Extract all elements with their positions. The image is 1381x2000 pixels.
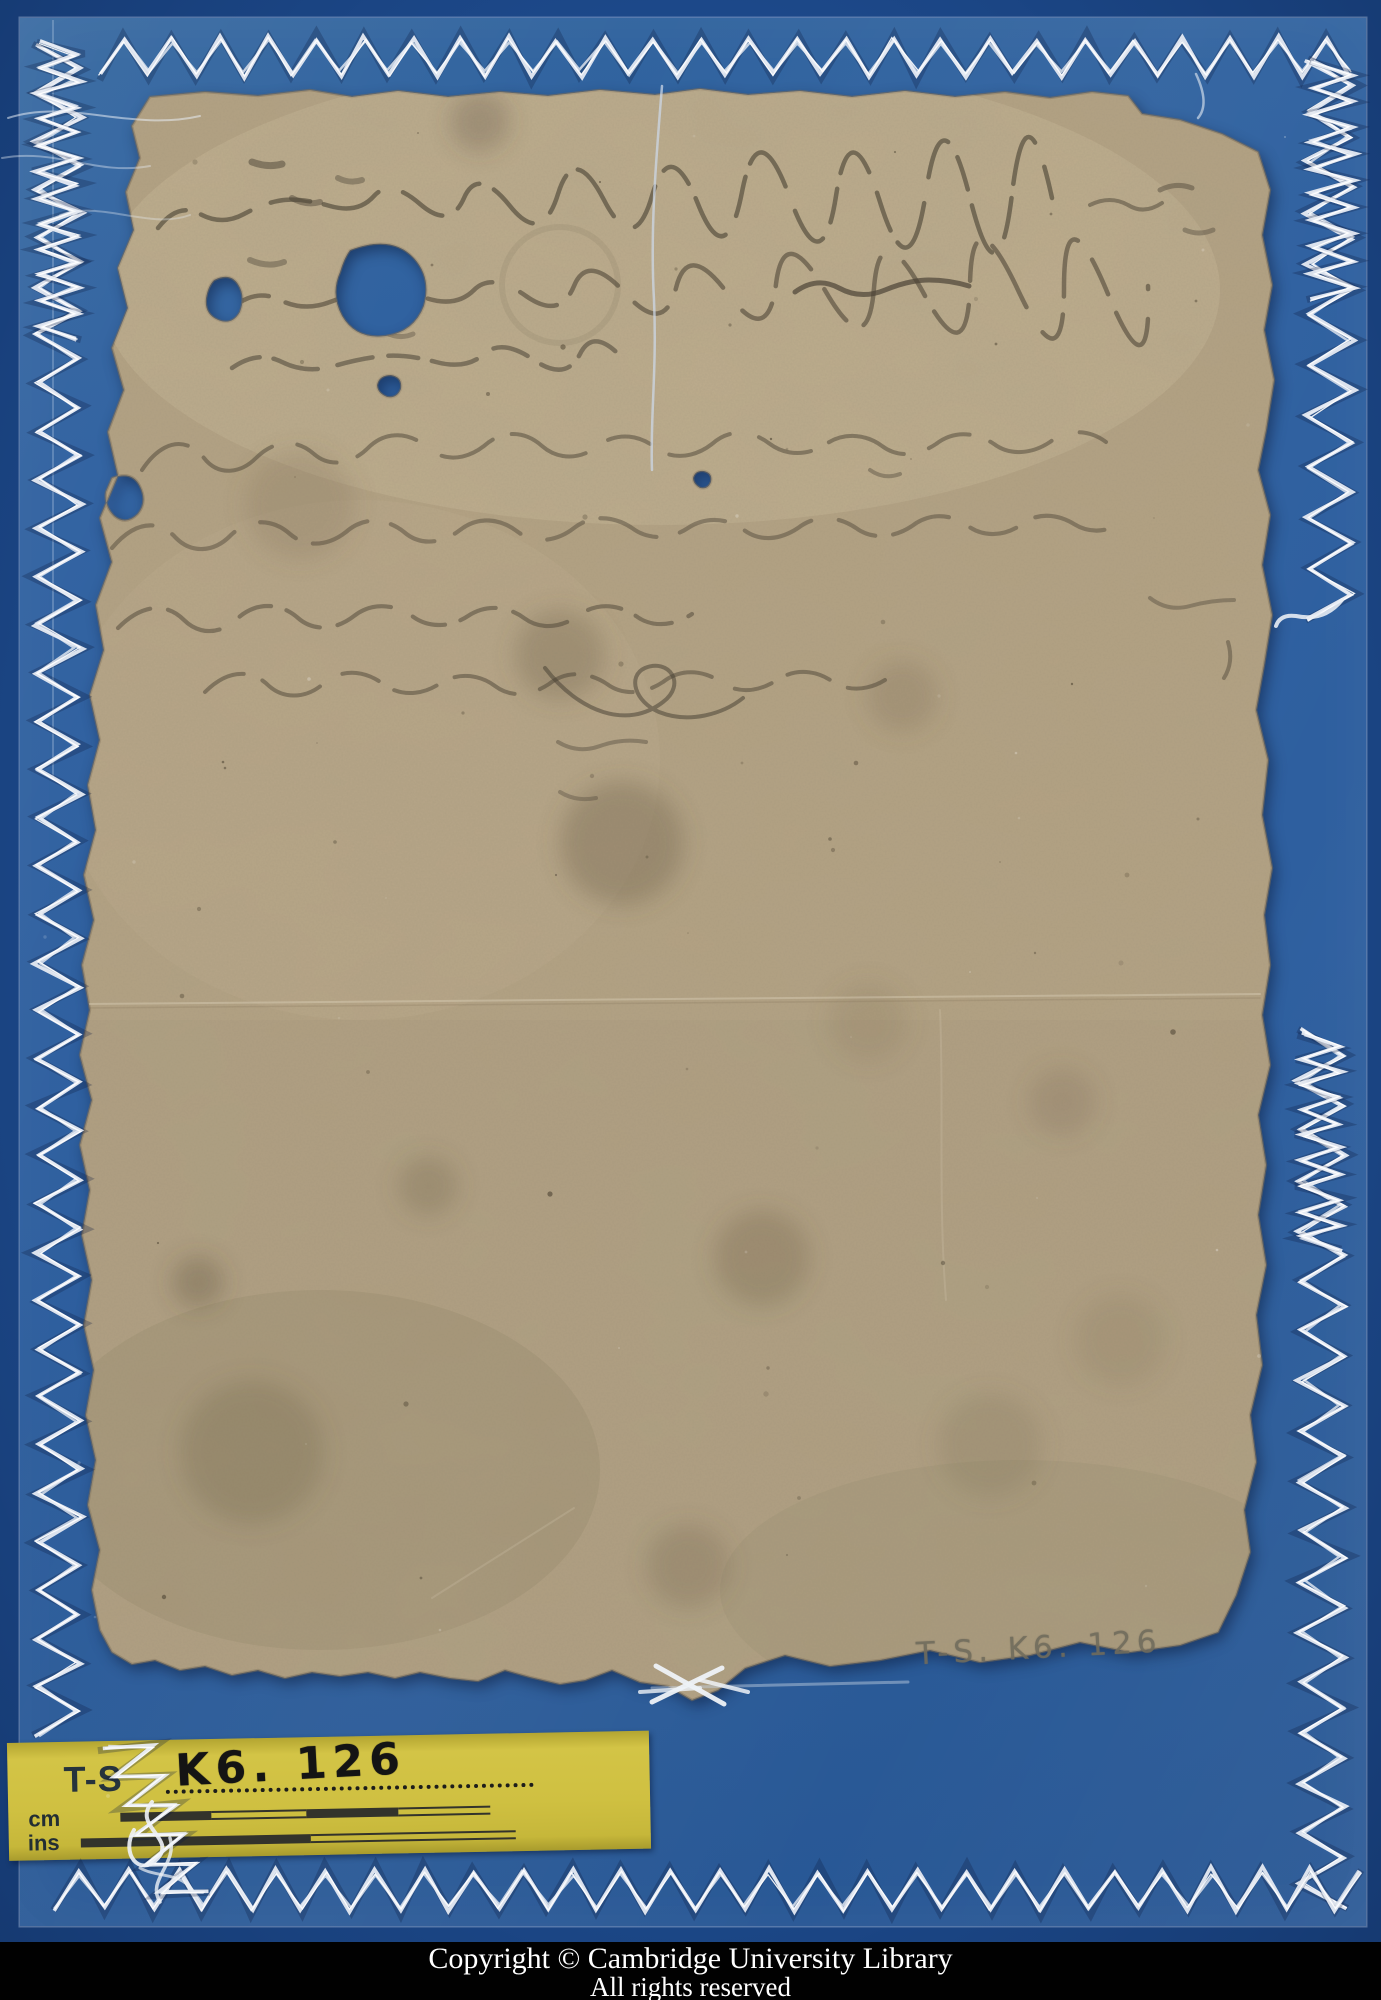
cm-scale-segment xyxy=(306,1807,398,1818)
cm-scale-segment xyxy=(120,1811,211,1822)
copyright-line: Copyright © Cambridge University Library xyxy=(0,1943,1381,1974)
rights-line: All rights reserved xyxy=(0,1974,1381,2000)
label-collection-prefix: T-S xyxy=(63,1758,123,1801)
sleeve-fold-line xyxy=(52,20,54,780)
inch-scale-segment xyxy=(311,1830,516,1843)
cm-scale-bar xyxy=(8,1803,650,1824)
copyright-bar: Copyright © Cambridge University Library… xyxy=(0,1942,1381,2000)
shelfmark-label: T-S K6. 126 cm ins xyxy=(7,1731,651,1861)
archival-photograph: T-S K6. 126 cm ins T-S. K6. 126 xyxy=(0,0,1381,2000)
inch-scale-bar xyxy=(9,1828,651,1849)
cm-scale-segment xyxy=(398,1806,490,1817)
inch-scale-segment xyxy=(81,1834,311,1847)
cm-scale-segment xyxy=(211,1809,306,1820)
conservation-sleeve xyxy=(20,18,1366,1926)
